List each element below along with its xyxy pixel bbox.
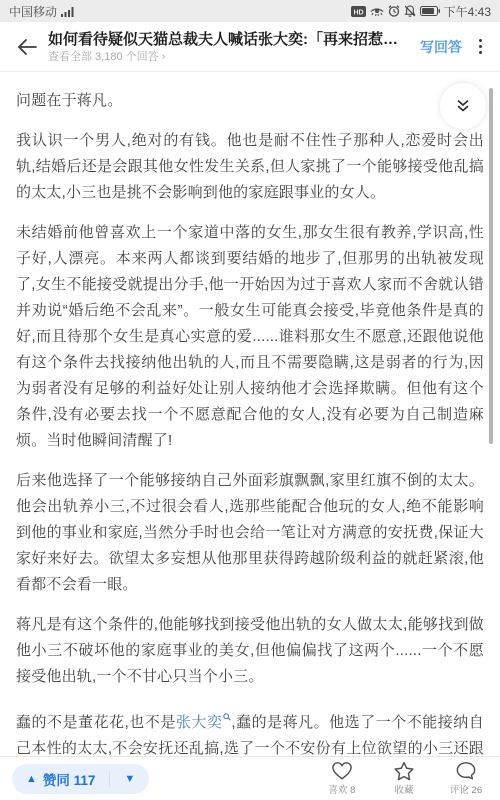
like-label: 喜欢 8 — [329, 782, 356, 796]
scrollbar-thumb[interactable] — [489, 88, 493, 444]
question-header: 如何看待疑似天猫总裁夫人喊话张大奕:「再来招惹… 查看全部 3,180 个回答 … — [0, 22, 500, 72]
comment-bubble-icon — [455, 761, 477, 781]
battery-icon — [420, 6, 440, 16]
status-bar-left: 中国移动 — [9, 3, 75, 20]
question-title[interactable]: 如何看待疑似天猫总裁夫人喊话张大奕:「再来招惹… — [48, 30, 412, 49]
write-answer-button[interactable]: 写回答 — [420, 37, 462, 57]
favorite-button[interactable]: 收藏 — [382, 761, 426, 796]
status-bar-right: HD 下午4:43 — [351, 3, 491, 20]
answer-paragraph: 蒋凡是有这个条件的,他能够找到接受他出轨的女人做太太,能够找到做他小三不破坏他的… — [16, 612, 484, 690]
back-button[interactable] — [12, 32, 42, 62]
dot — [479, 45, 482, 48]
app-screen: 中国移动 HD — [0, 0, 500, 800]
answer-content: 问题在于蒋凡。 我认识一个男人,绝对的有钱。他也是耐不住性子那种人,恋爱时会出轨… — [0, 72, 500, 756]
upvote-button[interactable]: ▲ 赞同 117 — [12, 764, 109, 794]
upvote-label: 赞同 117 — [43, 769, 96, 789]
heart-icon — [331, 761, 353, 781]
answer-action-bar: ▲ 赞同 117 ▼ 喜欢 8 收藏 — [0, 756, 500, 800]
upvote-triangle-icon: ▲ — [26, 773, 37, 785]
back-arrow-icon — [17, 38, 37, 56]
dot — [479, 39, 482, 42]
clock-label: 下午4:43 — [444, 3, 491, 20]
more-menu-button[interactable] — [472, 32, 488, 62]
vote-pill: ▲ 赞同 117 ▼ — [12, 764, 149, 794]
answer-paragraph: 未结婚前他曾喜欢上一个家道中落的女生,那女生很有教养,学识高,性子好,人漂亮。本… — [16, 220, 484, 454]
view-all-answers-link[interactable]: 查看全部 3,180 个回答 › — [48, 51, 412, 64]
comment-label: 评论 26 — [450, 782, 482, 796]
signal-icon — [61, 6, 75, 17]
downvote-button[interactable]: ▼ — [110, 764, 149, 794]
double-chevron-down-icon — [456, 99, 470, 113]
like-button[interactable]: 喜欢 8 — [320, 761, 364, 796]
answer-paragraph-last: 蠢的不是董花花,也不是张大奕,蠢的是蒋凡。他选了一个不能接纳自己本性的太太,不会… — [16, 704, 484, 756]
question-title-block[interactable]: 如何看待疑似天猫总裁夫人喊话张大奕:「再来招惹… 查看全部 3,180 个回答 … — [48, 30, 412, 64]
entity-link[interactable]: 张大奕 — [176, 714, 223, 731]
answer-paragraph: 后来他选择了一个能够接纳自己外面彩旗飘飘,家里红旗不倒的太太。他会出轨养小三,不… — [16, 468, 484, 598]
answer-paragraph: 我认识一个男人,绝对的有钱。他也是耐不住性子那种人,恋爱时会出轨,结婚后还是会跟… — [16, 128, 484, 206]
eye-protection-icon — [370, 6, 384, 17]
dot — [479, 51, 482, 54]
downvote-triangle-icon: ▼ — [124, 773, 135, 785]
status-bar: 中国移动 HD — [0, 0, 500, 22]
collapse-answer-button[interactable] — [440, 83, 486, 129]
paragraph-text: 蠢的不是董花花,也不是 — [16, 714, 176, 731]
answer-paragraph: 问题在于蒋凡。 — [16, 88, 484, 114]
alarm-icon — [388, 5, 400, 17]
action-buttons: 喜欢 8 收藏 评论 26 — [320, 761, 488, 796]
svg-text:HD: HD — [353, 9, 363, 16]
hd-icon: HD — [351, 6, 366, 17]
star-icon — [393, 761, 415, 781]
favorite-label: 收藏 — [394, 782, 413, 796]
mute-icon — [404, 5, 416, 17]
carrier-label: 中国移动 — [9, 3, 57, 20]
comment-button[interactable]: 评论 26 — [444, 761, 488, 796]
